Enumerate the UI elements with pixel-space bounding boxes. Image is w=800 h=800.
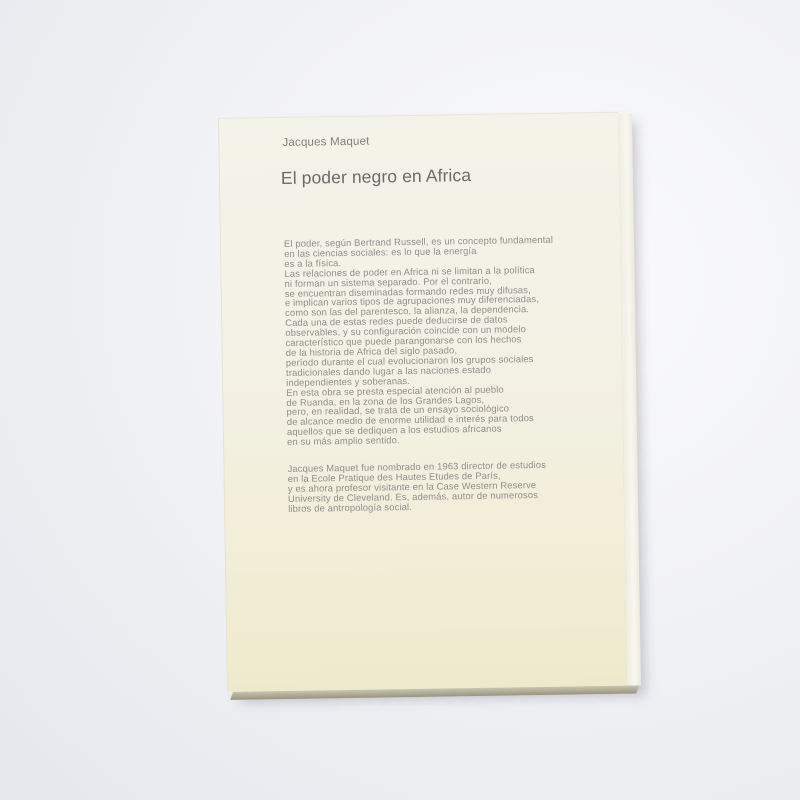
book: Jacques Maquet El poder negro en Africa … [218, 112, 627, 692]
back-cover: Jacques Maquet El poder negro en Africa … [218, 112, 627, 692]
author-name: Jacques Maquet [282, 136, 369, 149]
author-bio: Jacques Maquet fue nombrado en 1963 dire… [287, 459, 608, 514]
blurb-text: El poder, según Bertrand Russell, es un … [284, 234, 607, 447]
photo-scene: Jacques Maquet El poder negro en Africa … [0, 0, 800, 800]
book-title: El poder negro en Africa [281, 165, 471, 189]
